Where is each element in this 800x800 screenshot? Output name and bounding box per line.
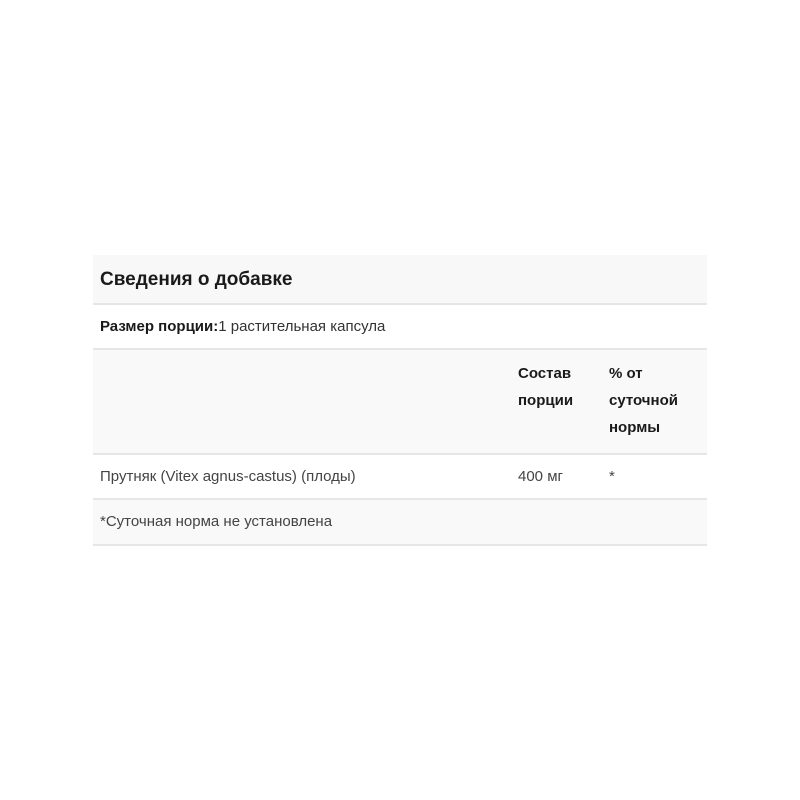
column-header-daily-value: % от суточной нормы bbox=[609, 360, 704, 441]
supplement-facts-table: Сведения о добавке Размер порции:1 расти… bbox=[93, 255, 707, 546]
table-row: Прутняк (Vitex agnus-castus) (плоды) 400… bbox=[93, 455, 707, 500]
table-title-row: Сведения о добавке bbox=[93, 255, 707, 305]
ingredient-name: Прутняк (Vitex agnus-castus) (плоды) bbox=[100, 468, 356, 485]
table-title: Сведения о добавке bbox=[100, 269, 292, 291]
serving-size: Размер порции:1 растительная капсула bbox=[100, 318, 385, 335]
ingredient-amount: 400 мг bbox=[518, 468, 563, 485]
footnote-row: *Суточная норма не установлена bbox=[93, 500, 707, 546]
serving-size-row: Размер порции:1 растительная капсула bbox=[93, 305, 707, 350]
serving-size-value: 1 растительная капсула bbox=[218, 318, 385, 335]
column-header-row: Состав порции % от суточной нормы bbox=[93, 350, 707, 455]
serving-size-label: Размер порции: bbox=[100, 318, 218, 335]
column-header-amount: Состав порции bbox=[518, 360, 598, 414]
ingredient-daily-value: * bbox=[609, 468, 615, 485]
footnote: *Суточная норма не установлена bbox=[100, 513, 332, 530]
